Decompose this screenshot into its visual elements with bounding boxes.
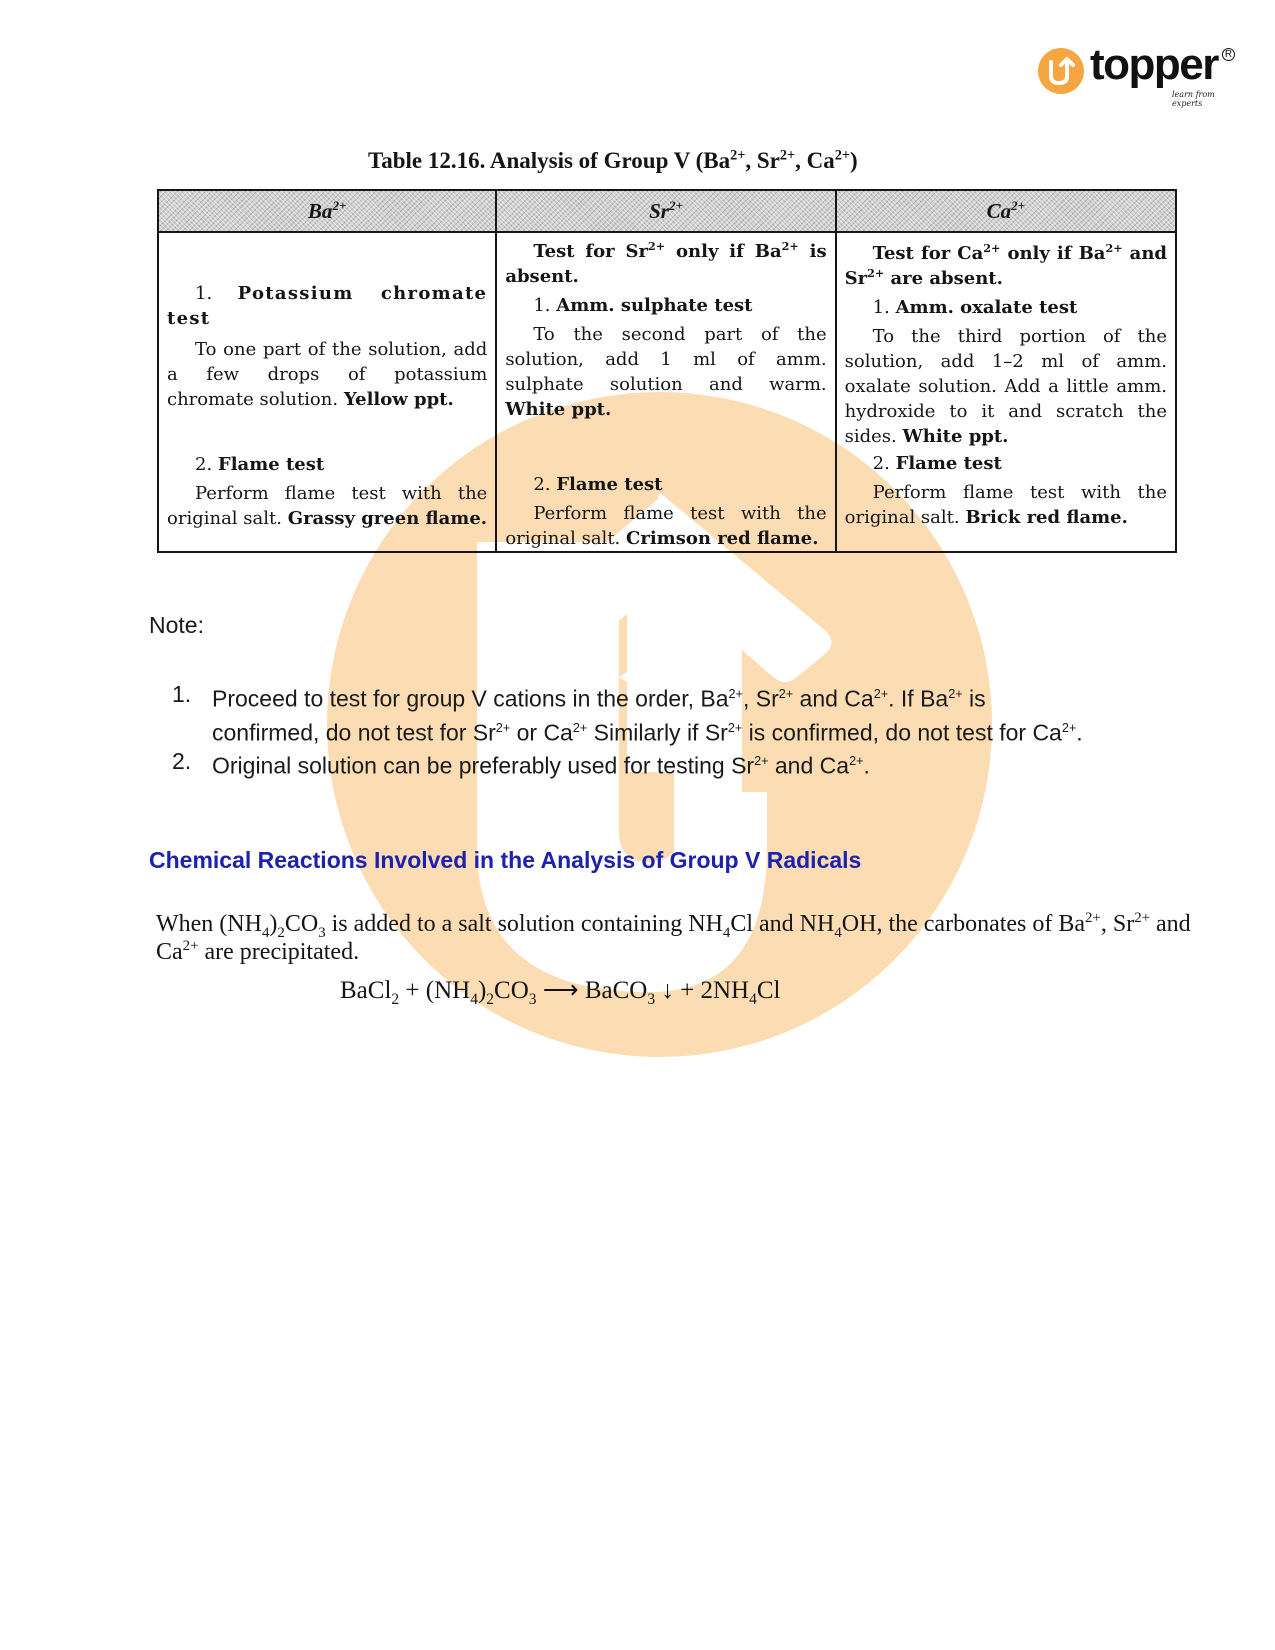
- sr-test2-text: Perform flame test with the original sal…: [505, 501, 826, 551]
- reaction-intro: When (NH4)2CO3 is added to a salt soluti…: [156, 910, 1216, 966]
- cell-ca: Test for Ca2+ only if Ba2+ and Sr2+ are …: [836, 232, 1176, 552]
- table-title: Table 12.16. Analysis of Group V (Ba2+, …: [368, 148, 858, 174]
- sr-test2-heading: 2. Flame test: [505, 472, 826, 497]
- ba-test1-heading: 1. Potassium chromate test: [167, 281, 487, 331]
- ca-condition: Test for Ca2+ only if Ba2+ and Sr2+ are …: [845, 241, 1167, 291]
- registered-mark-icon: R: [1222, 48, 1235, 61]
- sr-test1-heading: 1. Amm. sulphate test: [505, 293, 826, 318]
- sr-test1-text: To the second part of the solution, add …: [505, 322, 826, 422]
- header-ca: Ca2+: [836, 190, 1176, 232]
- ba-test2-heading: 2. Flame test: [167, 452, 487, 477]
- ba-test2-text: Perform flame test with the original sal…: [167, 481, 487, 531]
- section-heading: Chemical Reactions Involved in the Analy…: [149, 847, 861, 874]
- cell-ba: 1. Potassium chromate test To one part o…: [158, 232, 496, 552]
- ca-test2-heading: 2. Flame test: [845, 451, 1167, 476]
- ca-test1-text: To the third portion of the solution, ad…: [845, 324, 1167, 449]
- header-ba: Ba2+: [158, 190, 496, 232]
- logo-badge-icon: [1038, 48, 1084, 94]
- reaction-arrow-icon: ⟶: [537, 977, 585, 1004]
- chemical-equation: BaCl2 + (NH4)2CO3 ⟶ BaCO3 ↓ + 2NH4Cl: [340, 975, 780, 1005]
- cell-sr: Test for Sr2+ only if Ba2+ is absent. 1.…: [496, 232, 835, 552]
- ca-test1-heading: 1. Amm. oxalate test: [845, 295, 1167, 320]
- note-label: Note:: [149, 612, 204, 639]
- header-sr: Sr2+: [496, 190, 835, 232]
- note-list: 1. Proceed to test for group V cations i…: [172, 680, 1092, 781]
- note-item: 2. Original solution can be preferably u…: [172, 747, 1092, 781]
- note-item: 1. Proceed to test for group V cations i…: [172, 680, 1092, 747]
- group-v-analysis-table: Ba2+ Sr2+ Ca2+ 1. Potassium chromate tes…: [157, 189, 1177, 553]
- ba-test1-text: To one part of the solution, add a few d…: [167, 337, 487, 412]
- logo-wordmark: topper: [1090, 40, 1218, 90]
- sr-condition: Test for Sr2+ only if Ba2+ is absent.: [505, 239, 826, 289]
- logo-tagline: learn from experts: [1172, 90, 1228, 108]
- topper-logo: topper learn from experts R: [1038, 44, 1228, 104]
- ca-test2-text: Perform flame test with the original sal…: [845, 480, 1167, 530]
